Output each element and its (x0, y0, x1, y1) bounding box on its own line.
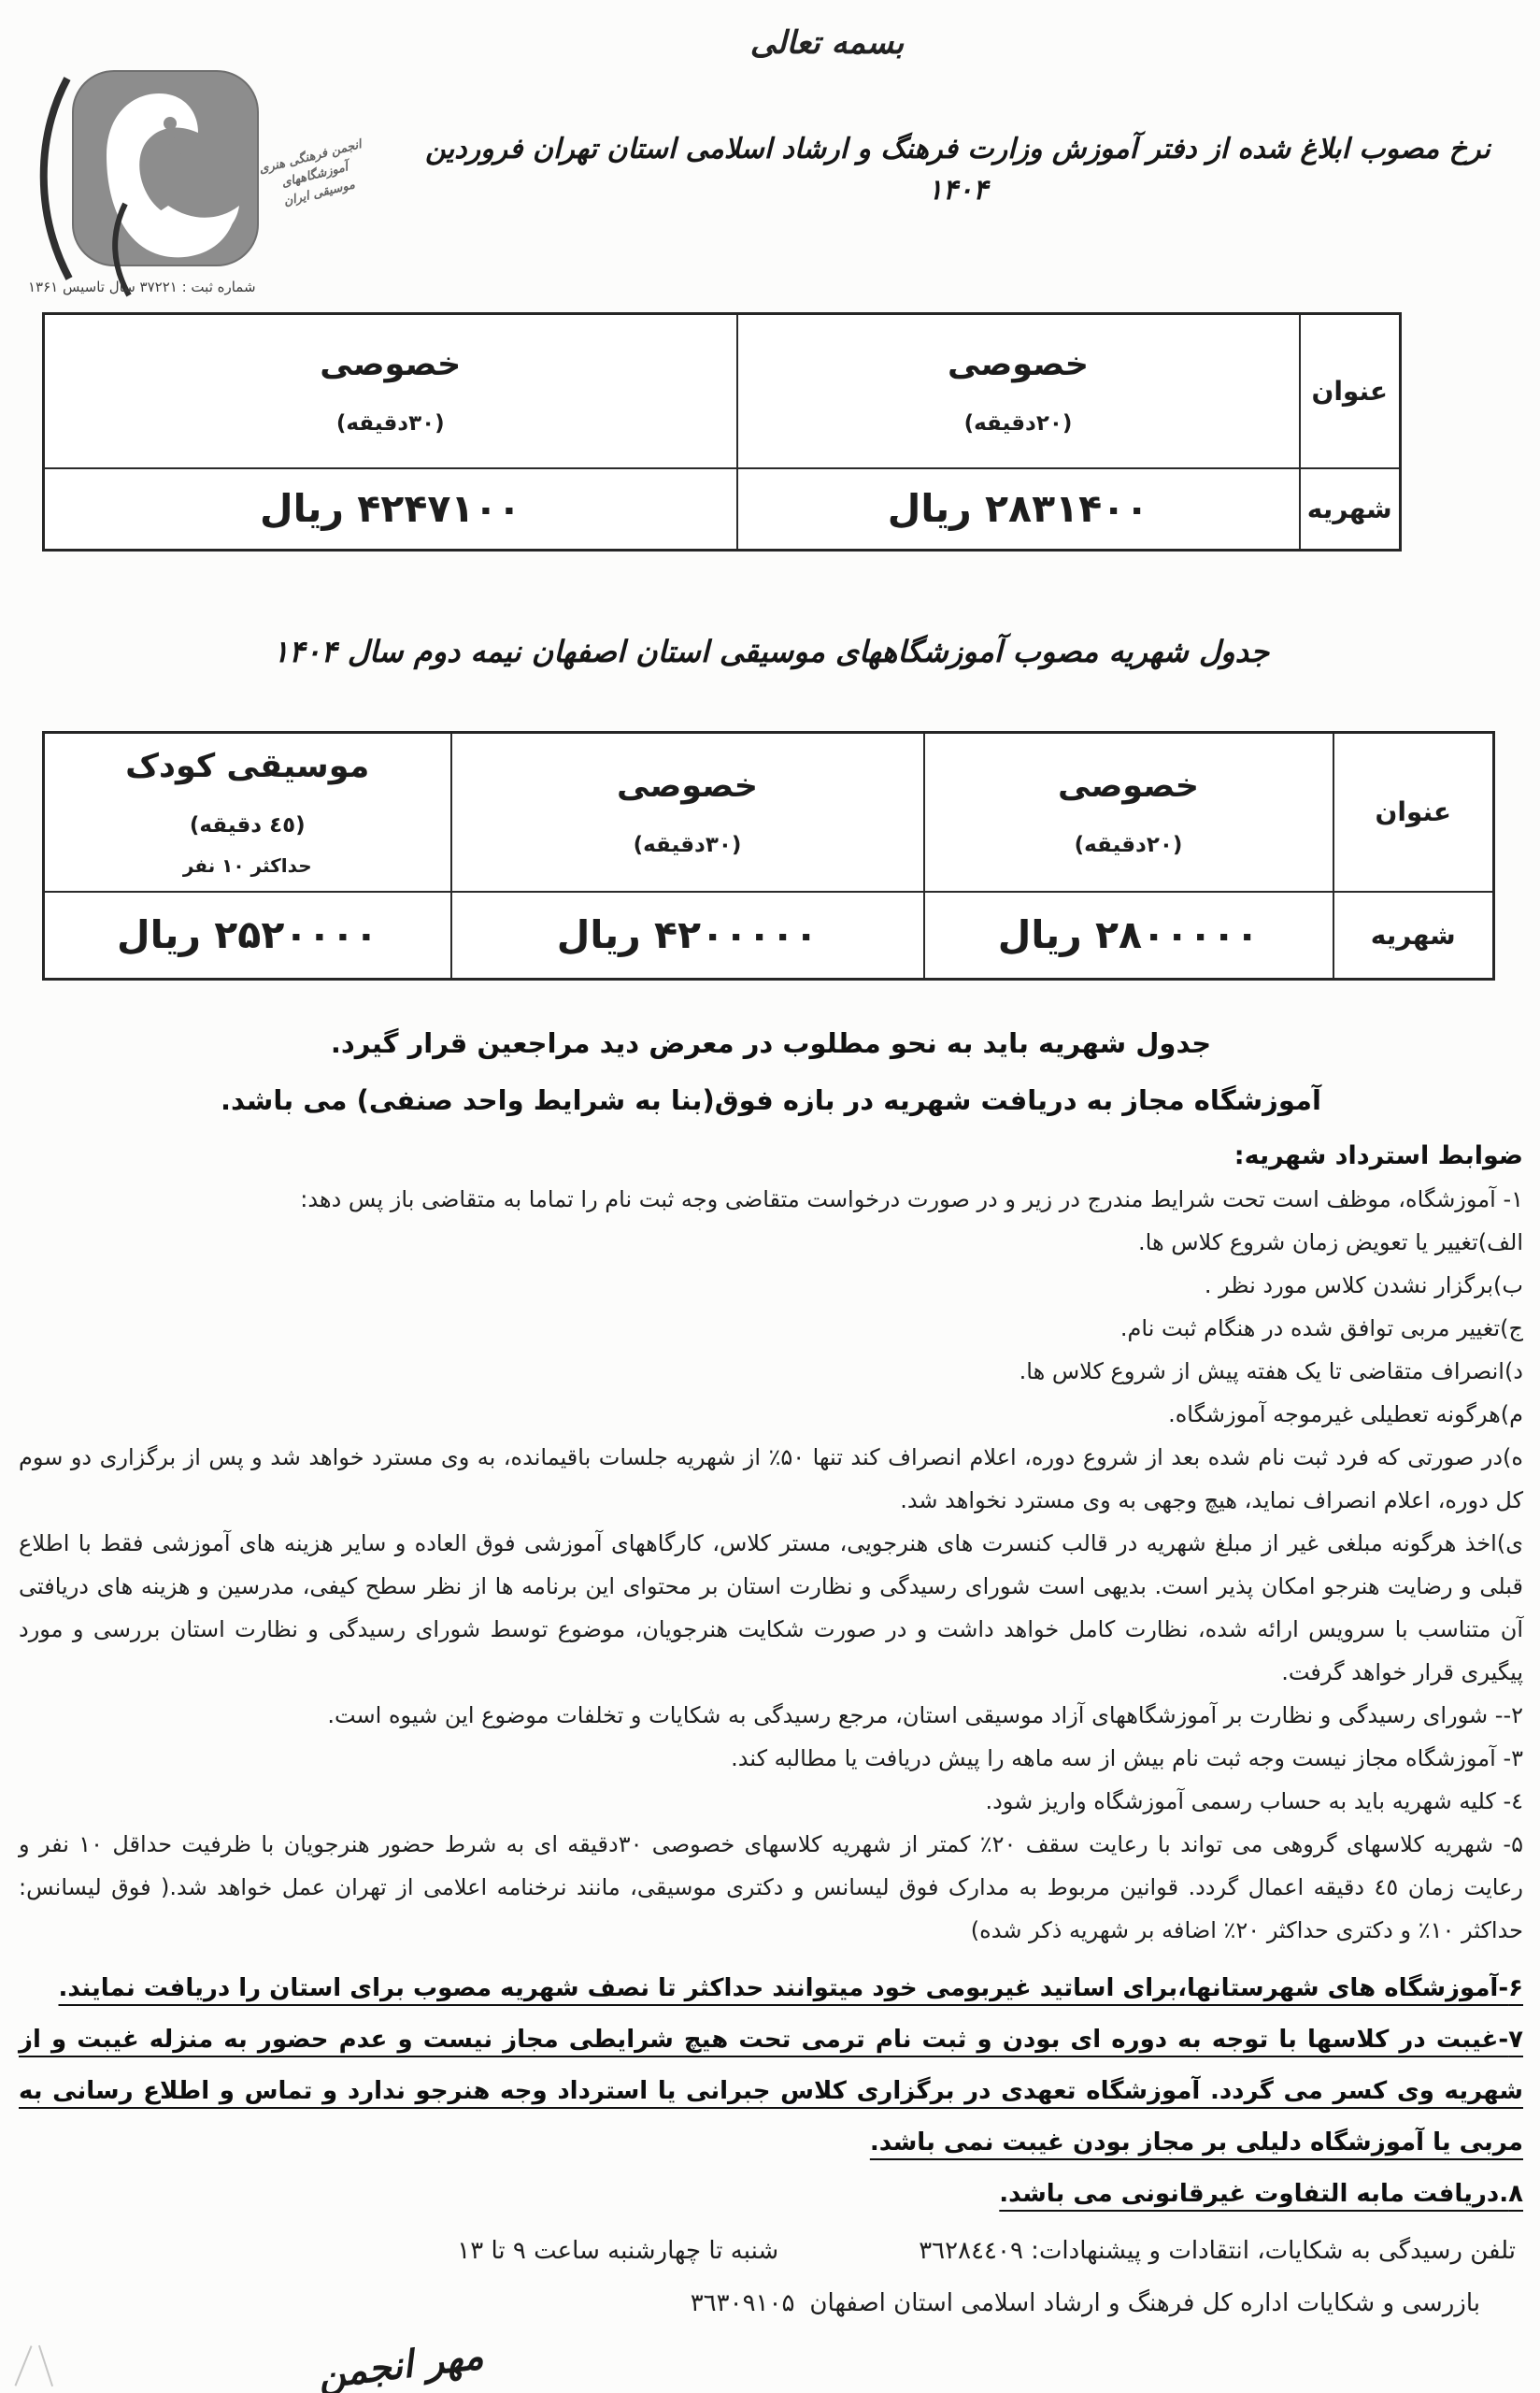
isfahan-col-private-30: خصوصی (۳۰دقیقه) (451, 733, 924, 892)
notice-line: آموزشگاه مجاز به دریافت شهریه در بازه فو… (19, 1084, 1523, 1116)
column-duration: (۳۰دقیقه) (45, 411, 736, 436)
rule-line: ۵- شهریه کلاسهای گروهی می تواند با رعایت… (19, 1823, 1523, 1952)
rule-line: ه)در صورتی که فرد ثبت نام شده بعد از شرو… (19, 1436, 1523, 1522)
table-row: شهریه ۲۸۰۰۰۰۰ ریال ۴۲۰۰۰۰۰ ریال ۲۵۲۰۰۰۰ … (44, 892, 1494, 980)
complaints-phone-line: تلفن رسیدگی به شکایات، انتقادات و پیشنها… (919, 2237, 1516, 2265)
inspection-label: بازرسی و شکایات اداره کل فرهنگ و ارشاد ا… (809, 2289, 1480, 2317)
rule-line: ٤- کلیه شهریه باید به حساب رسمی آموزشگاه… (19, 1780, 1523, 1823)
column-title: خصوصی (45, 346, 736, 383)
column-title: خصوصی (738, 346, 1299, 383)
rule-line: ج)تغییر مربی توافق شده در هنگام ثبت نام. (19, 1307, 1523, 1350)
inspection-phone: ۳٦۳۰۹۱۰۵ (691, 2289, 795, 2317)
isfahan-fee-table: عنوان خصوصی (۲۰دقیقه) خصوصی (۳۰دقیقه) مو… (42, 731, 1495, 981)
display-notices: جدول شهریه باید به نحو مطلوب در معرض دید… (19, 1027, 1523, 1116)
logo-dot-2 (169, 137, 186, 154)
isfahan-col-kids-music: موسیقی کودک (٤٥ دقیقه) حداکثر ۱۰ نفر (44, 733, 451, 892)
isfahan-fee-kids: ۲۵۲۰۰۰۰ ریال (44, 892, 451, 980)
logo-outer-paren-stroke (44, 79, 69, 279)
rule-line: ی)اخذ هرگونه مبلغی غیر از مبلغ شهریه در … (19, 1522, 1523, 1694)
refund-rules-list: ۱- آموزشگاه، موظف است تحت شرایط مندرج در… (19, 1178, 1523, 1952)
office-hours: شنبه تا چهارشنبه ساعت ۹ تا ۱۳ (457, 2237, 778, 2265)
bismillah-calligraphy: بسمه تعالی (131, 0, 1523, 62)
rule-line: ب)برگزار نشدن کلاس مورد نظر . (19, 1264, 1523, 1307)
refund-section-heading: ضوابط استرداد شهریه: (19, 1141, 1523, 1170)
notice-line: جدول شهریه باید به نحو مطلوب در معرض دید… (19, 1027, 1523, 1059)
isfahan-row-shahrie: شهریه (1333, 892, 1494, 980)
emphasized-rule-line: ۸.دریافت مابه التفاوت غیرقانونی می باشد. (19, 2169, 1523, 2220)
isfahan-header-onvan: عنوان (1333, 733, 1494, 892)
column-title: موسیقی کودک (45, 748, 450, 785)
tehran-fee-20min: ۲۸۳۱۴۰۰ ریال (737, 468, 1300, 551)
rule-line: د)انصراف متقاضی تا یک هفته پیش از شروع ک… (19, 1350, 1523, 1393)
document-page: بسمه تعالی نرخ مصوب ابلاغ شده از دفتر آم… (0, 0, 1540, 2393)
column-title: خصوصی (452, 767, 923, 805)
isfahan-table-title: جدول شهریه مصوب آموزشگاههای موسیقی استان… (19, 634, 1523, 669)
column-duration: (۲۰دقیقه) (925, 833, 1333, 857)
masthead: نرخ مصوب ابلاغ شده از دفتر آموزش وزارت ف… (19, 65, 1523, 299)
table-row: عنوان خصوصی (۲۰دقیقه) خصوصی (۳۰دقیقه) (44, 314, 1401, 468)
emphasized-rule-line: ۶-آموزشگاه های شهرستانها،برای اساتید غیر… (19, 1963, 1523, 2014)
logo-side-calligraphy: انجمن فرهنگی هنری آموزشگاههای موسیقی ایر… (254, 136, 375, 217)
tehran-col-private-20: خصوصی (۲۰دقیقه) (737, 314, 1300, 468)
column-duration: (٤٥ دقیقه) (45, 813, 450, 838)
scan-corner-mark (13, 2344, 69, 2391)
music-association-logo-icon (28, 65, 262, 299)
tehran-col-private-30: خصوصی (۳۰دقیقه) (44, 314, 737, 468)
rule-line: م)هرگونه تعطیلی غیرموجه آموزشگاه. (19, 1393, 1523, 1436)
table-row: عنوان خصوصی (۲۰دقیقه) خصوصی (۳۰دقیقه) مو… (44, 733, 1494, 892)
rule-line: ۲-- شورای رسیدگی و نظارت بر آموزشگاههای … (19, 1694, 1523, 1737)
tehran-fee-table: عنوان خصوصی (۲۰دقیقه) خصوصی (۳۰دقیقه) شه… (42, 312, 1402, 552)
tehran-row-shahrie: شهریه (1300, 468, 1401, 551)
column-duration: (۳۰دقیقه) (452, 833, 923, 857)
isfahan-fee-30min: ۴۲۰۰۰۰۰ ریال (451, 892, 924, 980)
logo-dot-1 (164, 117, 177, 130)
isfahan-col-private-20: خصوصی (۲۰دقیقه) (924, 733, 1333, 892)
emphasized-rule-line: ۷-غیبت در کلاسها با توجه به دوره ای بودن… (19, 2014, 1523, 2169)
association-logo-block: انجمن فرهنگی هنری آموزشگاههای موسیقی ایر… (19, 65, 392, 299)
table-row: شهریه ۲۸۳۱۴۰۰ ریال ۴۲۴۷۱۰۰ ریال (44, 468, 1401, 551)
association-seal-signature: مهر انجمن (316, 2333, 486, 2393)
inspection-contact-row: بازرسی و شکایات اداره کل فرهنگ و ارشاد ا… (19, 2289, 1523, 2317)
complaints-contact-row: تلفن رسیدگی به شکایات، انتقادات و پیشنها… (19, 2237, 1523, 2265)
tehran-header-onvan: عنوان (1300, 314, 1401, 468)
column-title: خصوصی (925, 767, 1333, 805)
column-capacity: حداکثر ۱۰ نفر (45, 854, 450, 877)
rule-line: ۱- آموزشگاه، موظف است تحت شرایط مندرج در… (19, 1178, 1523, 1221)
column-duration: (۲۰دقیقه) (738, 411, 1299, 436)
rule-line: الف)تغییر یا تعویض زمان شروع کلاس ها. (19, 1221, 1523, 1264)
logo-registration-caption: شماره ثبت : ۳۷۲۲۱ سال تاسیس ۱۳۶۱ (28, 279, 364, 295)
page-title: نرخ مصوب ابلاغ شده از دفتر آموزش وزارت ف… (392, 65, 1523, 210)
rule-line: ۳- آموزشگاه مجاز نیست وجه ثبت نام بیش از… (19, 1737, 1523, 1780)
tehran-fee-30min: ۴۲۴۷۱۰۰ ریال (44, 468, 737, 551)
isfahan-fee-20min: ۲۸۰۰۰۰۰ ریال (924, 892, 1333, 980)
emphasized-rules: ۶-آموزشگاه های شهرستانها،برای اساتید غیر… (19, 1963, 1523, 2220)
